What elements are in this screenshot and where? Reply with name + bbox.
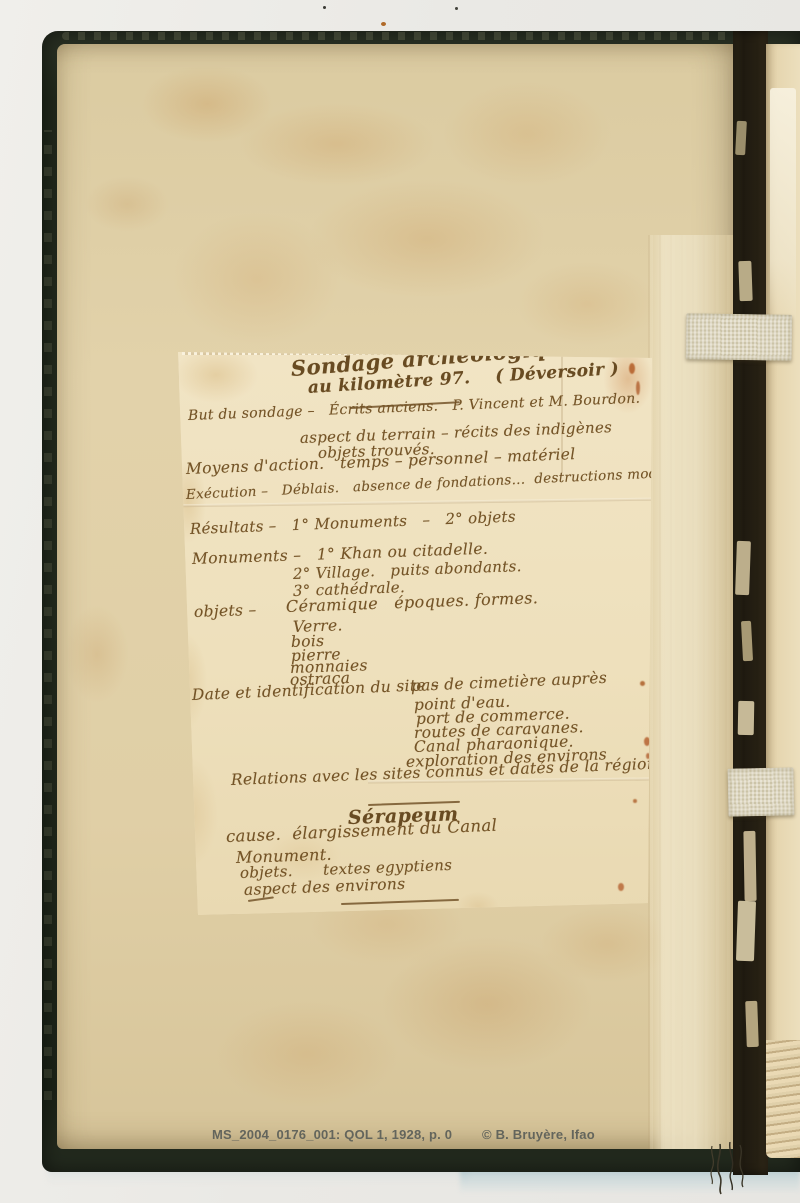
right-page-fore-edge: [766, 1040, 800, 1158]
right-page-torn-strip: [770, 88, 796, 334]
note-line: Résultats – 1° Monuments – 2° objets: [190, 508, 516, 538]
dust-speck: [323, 6, 326, 9]
paper-chip: [741, 621, 753, 661]
caption-credit: © B. Bruyère, Ifao: [482, 1127, 595, 1142]
paper-chip: [736, 901, 756, 962]
rust-spot: [640, 681, 645, 686]
note-line: Date et identification du site –: [192, 677, 440, 705]
cut-line-fragment: [341, 899, 459, 905]
note-line: cause. élargissement du Canal: [226, 817, 498, 847]
pasted-note: Sondage archéologique au kilomètre 97. (…: [178, 351, 652, 915]
rust-spot: [633, 799, 637, 803]
caption-reference: MS_2004_0176_001: QOL 1, 1928, p. 0: [212, 1127, 452, 1142]
binding-fibers: [682, 1142, 782, 1200]
note-line: objets –: [194, 602, 257, 622]
page-stub-strip: [648, 235, 734, 1149]
dust-speck: [381, 22, 386, 26]
binding-gutter: [733, 31, 768, 1175]
rust-spot: [644, 737, 650, 746]
rust-spot: [618, 883, 624, 891]
binding-tape-bottom: [728, 767, 795, 816]
paper-chip: [738, 261, 752, 301]
scanned-notebook-page: Sondage archéologique au kilomètre 97. (…: [0, 0, 800, 1203]
paper-chip: [738, 701, 755, 735]
cover-frayed-left-edge: [44, 130, 52, 1100]
rust-spot: [629, 363, 635, 374]
paper-chip: [745, 1001, 759, 1047]
dust-speck: [455, 7, 458, 10]
cover-frayed-top-edge: [62, 32, 738, 40]
paper-chip: [743, 831, 756, 901]
binding-tape-top: [686, 313, 793, 360]
paper-chip: [735, 541, 751, 595]
paper-chip: [735, 121, 747, 155]
